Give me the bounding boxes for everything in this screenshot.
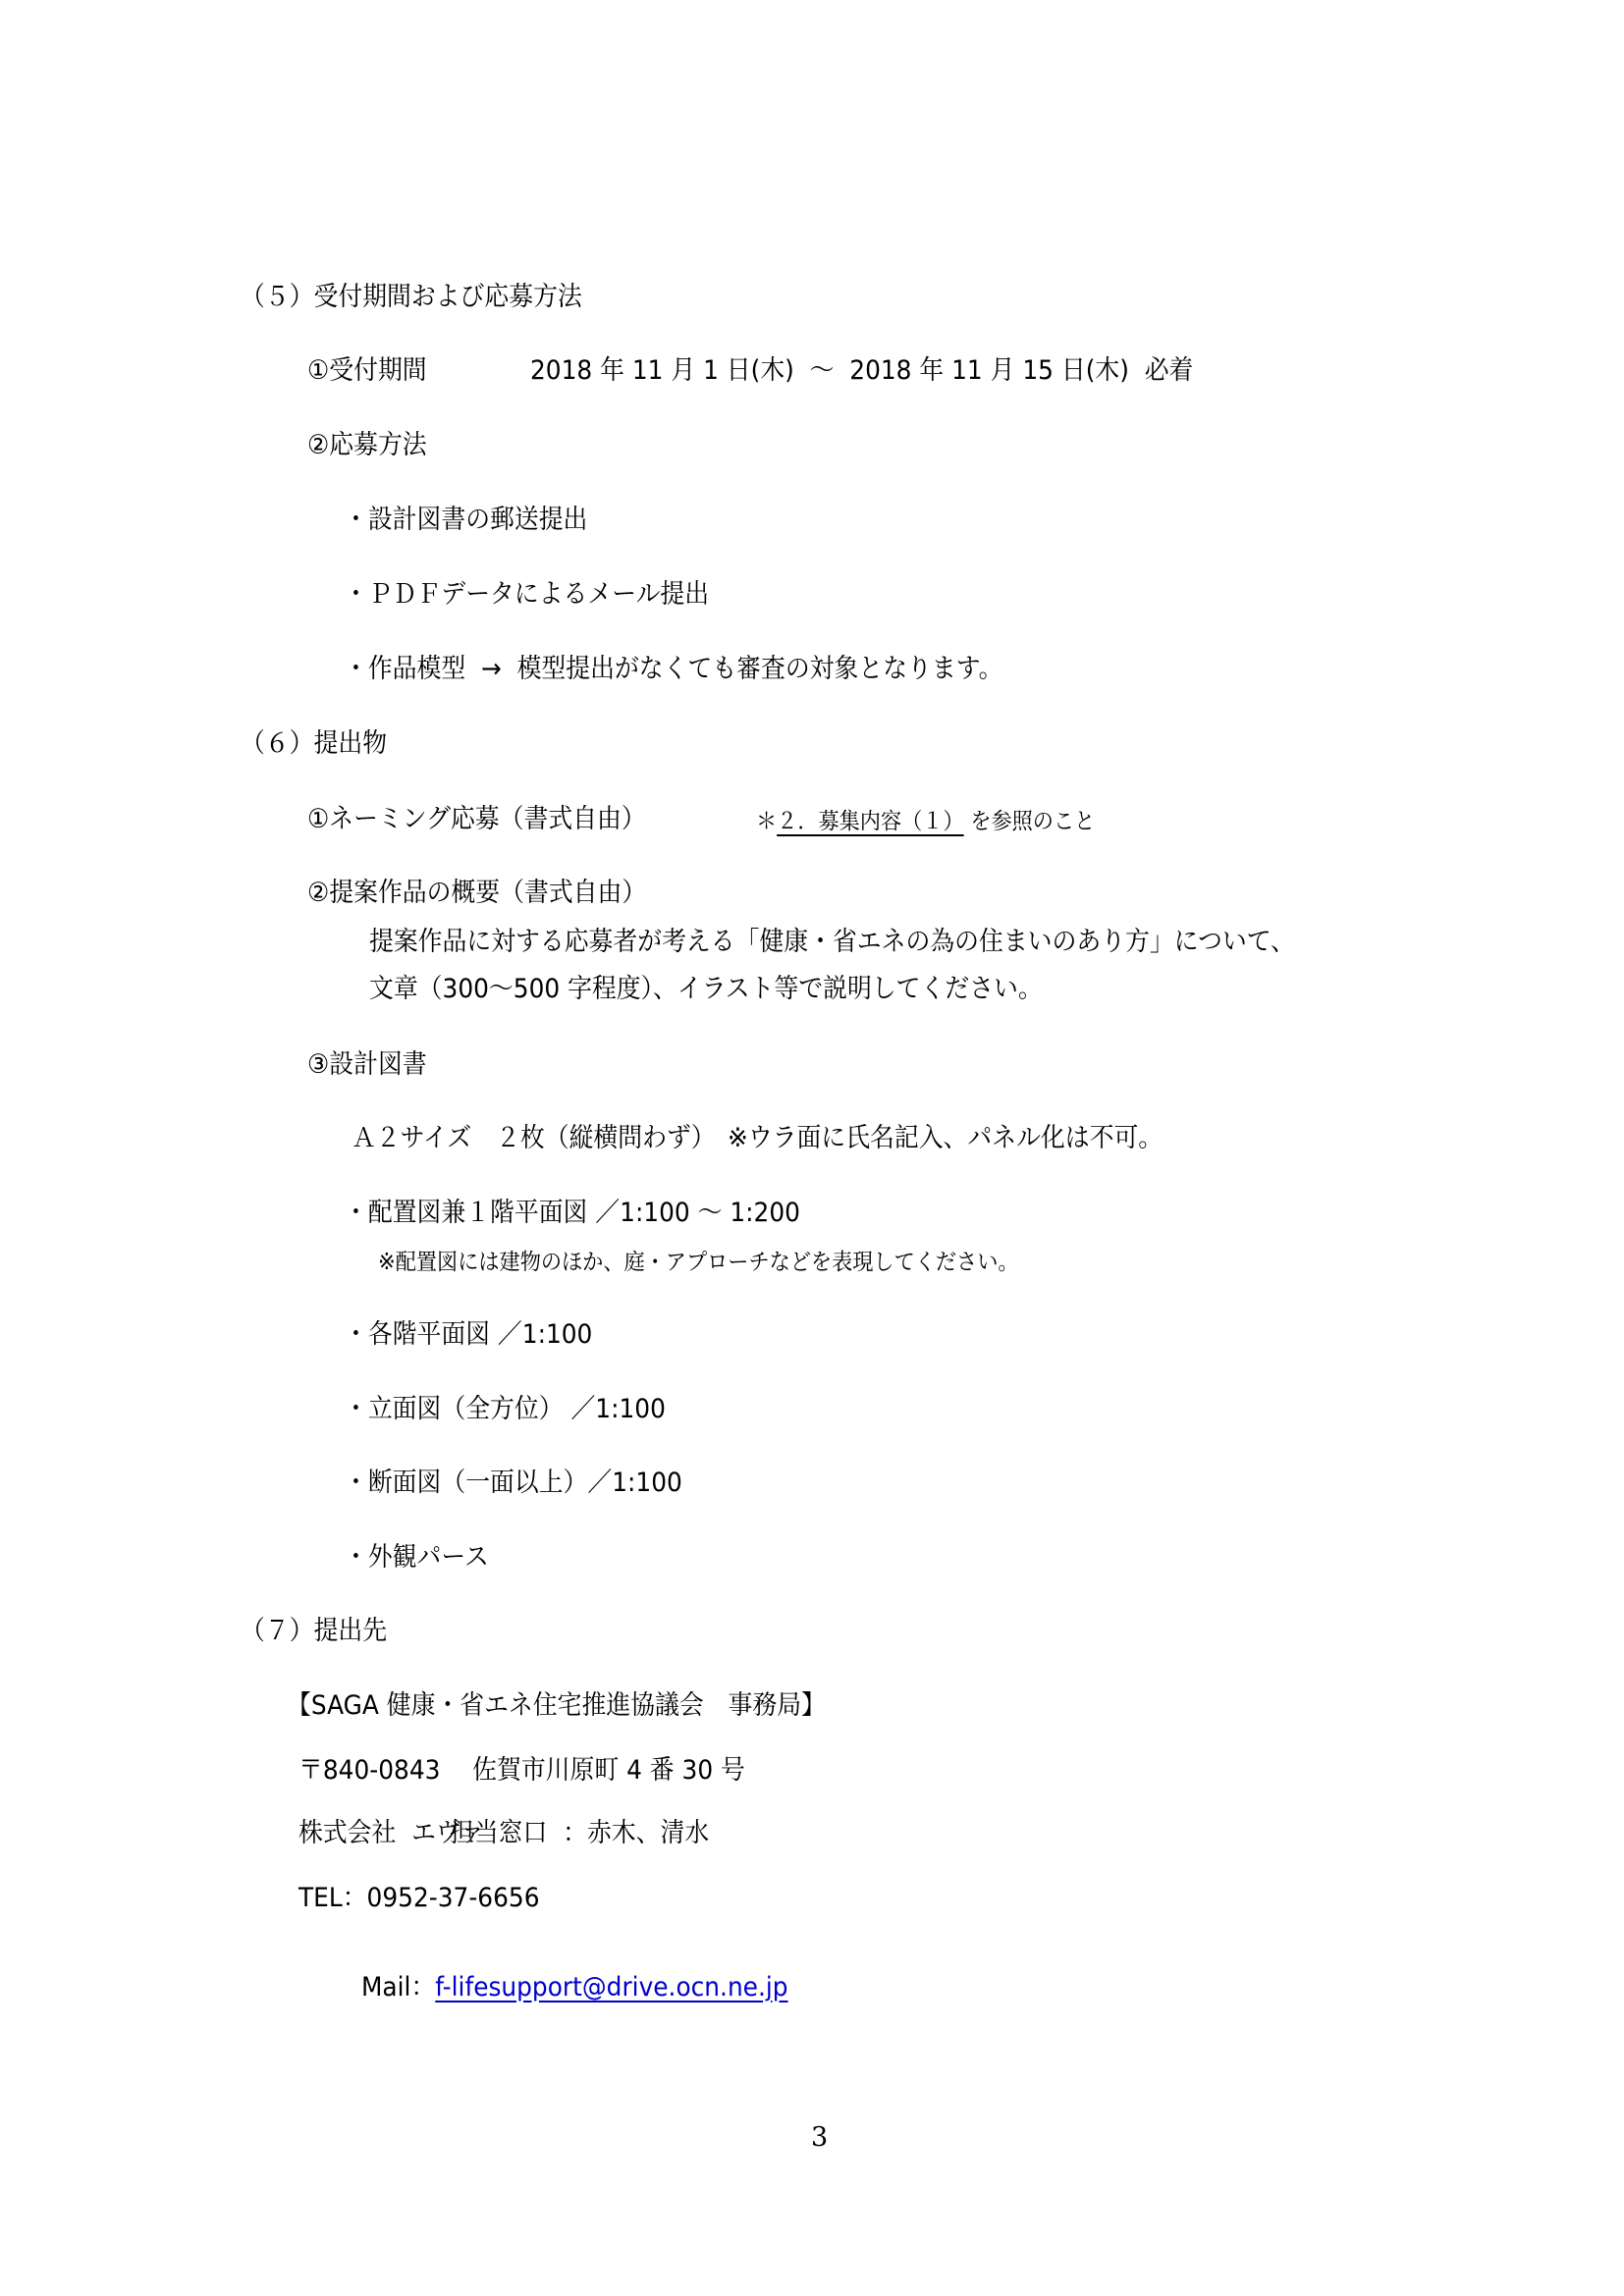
summary-body-line: 提案作品に対する応募者が考える「健康・省エネの為の住まいのあり方」について、: [369, 927, 1295, 958]
contact: 担当窓口 ：赤木、清水: [450, 1818, 709, 1849]
drawing-item: ・断面図（一面以上）／1:100: [344, 1468, 682, 1499]
drawing-item: ・各階平面図 ／1:100: [344, 1319, 592, 1351]
section-6-heading: （６）提出物: [241, 728, 387, 760]
asterisk: ＊: [756, 809, 777, 834]
organization: 【SAGA 健康・省エネ住宅推進協議会 事務局】: [287, 1690, 826, 1722]
method-label: ②応募方法: [307, 430, 427, 461]
method-item: ・ＰＤＦデータによるメール提出: [344, 579, 709, 611]
page-number: 3: [811, 2122, 828, 2153]
section-5-heading: （５）受付期間および応募方法: [241, 282, 582, 313]
summary-label: ②提案作品の概要（書式自由）: [307, 878, 646, 909]
period-value: 2018 年 11 月 1 日(木) ～ 2018 年 11 月 15 日(木)…: [530, 355, 1193, 387]
method-item: ・作品模型 → 模型提出がなくても審査の対象となります。: [344, 654, 1002, 685]
mail-label: Mail：: [361, 1972, 435, 2002]
drawings-size: Ａ２サイズ ２枚（縦横問わず） ※ウラ面に氏名記入、パネル化は不可。: [352, 1123, 1163, 1154]
note-suffix: を参照のこと: [964, 809, 1096, 834]
naming-label: ①ネーミング応募（書式自由）: [307, 804, 646, 835]
mail-row: Mail：f-lifesupport@drive.ocn.ne.jp: [361, 1972, 788, 2003]
drawing-item: ・配置図兼１階平面図 ／1:100 ～ 1:200: [344, 1198, 800, 1229]
drawings-label: ③設計図書: [307, 1049, 427, 1081]
method-item: ・設計図書の郵送提出: [344, 505, 587, 536]
section-7-heading: （７）提出先: [241, 1616, 387, 1647]
drawing-item: ・立面図（全方位） ／1:100: [344, 1394, 666, 1425]
period-label: ①受付期間: [307, 355, 427, 387]
drawing-item: ・外観パース: [344, 1542, 489, 1574]
telephone: TEL：0952-37-6656: [298, 1883, 540, 1914]
mail-link[interactable]: f-lifesupport@drive.ocn.ne.jp: [435, 1972, 787, 2002]
naming-note: ＊２．募集内容（１） を参照のこと: [756, 806, 1095, 837]
summary-body-line: 文章（300～500 字程度）、イラスト等で説明してください。: [369, 974, 1043, 1005]
site-note: ※配置図には建物のほか、庭・アプローチなどを表現してください。: [378, 1247, 1019, 1278]
address: 〒840-0843 佐賀市川原町 4 番 30 号: [298, 1755, 745, 1787]
reference-link: ２．募集内容（１）: [777, 809, 963, 834]
